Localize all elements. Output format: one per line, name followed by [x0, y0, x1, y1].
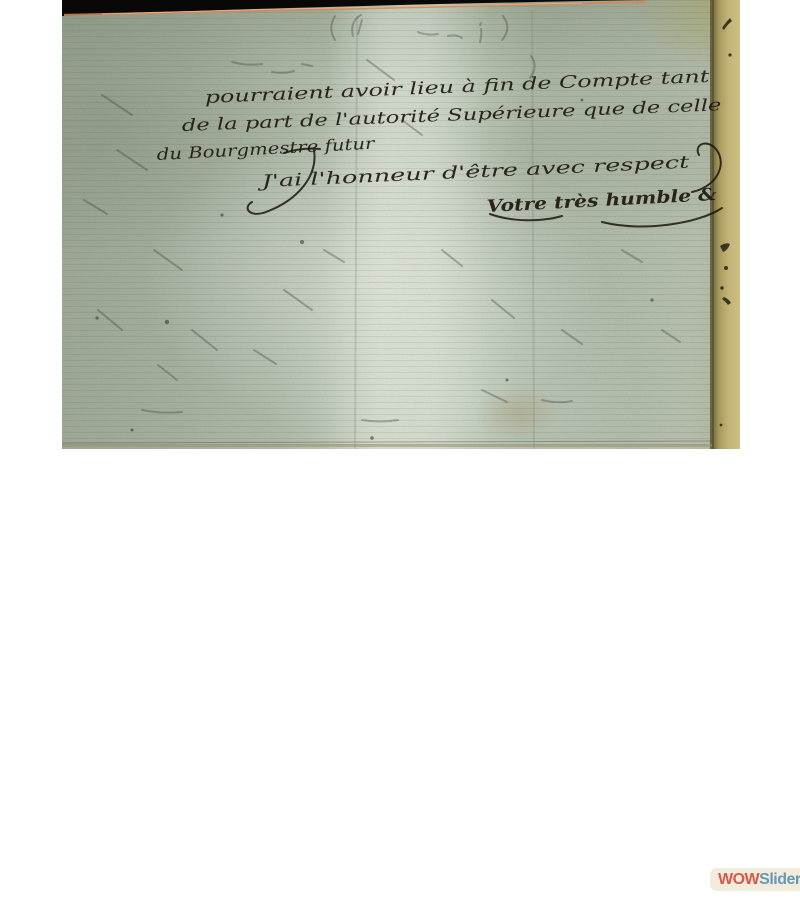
- handwriting-line-3: du Bourgmestre futur: [156, 134, 376, 164]
- handwriting: pourraient avoir lieu à fin de Compte ta…: [156, 67, 722, 217]
- handwriting-line-4: J'ai l'honneur d'être avec respect: [257, 153, 690, 193]
- wowslider-slider-label: Slider: [759, 868, 800, 891]
- manuscript-photo[interactable]: pourraient avoir lieu à fin de Compte ta…: [62, 0, 740, 449]
- page-bottom-edge-line: [62, 441, 712, 443]
- wowslider-wow-label: WOW: [718, 868, 759, 891]
- handwriting-line-5: Votre très humble &: [486, 185, 718, 217]
- adjacent-page-strip: [712, 0, 740, 449]
- adjacent-page-strip-shadow: [710, 0, 714, 449]
- page-bottom-edge: [62, 444, 712, 447]
- wowslider-watermark-link[interactable]: WOWSlider: [710, 868, 800, 891]
- manuscript-art: pourraient avoir lieu à fin de Compte ta…: [62, 0, 740, 449]
